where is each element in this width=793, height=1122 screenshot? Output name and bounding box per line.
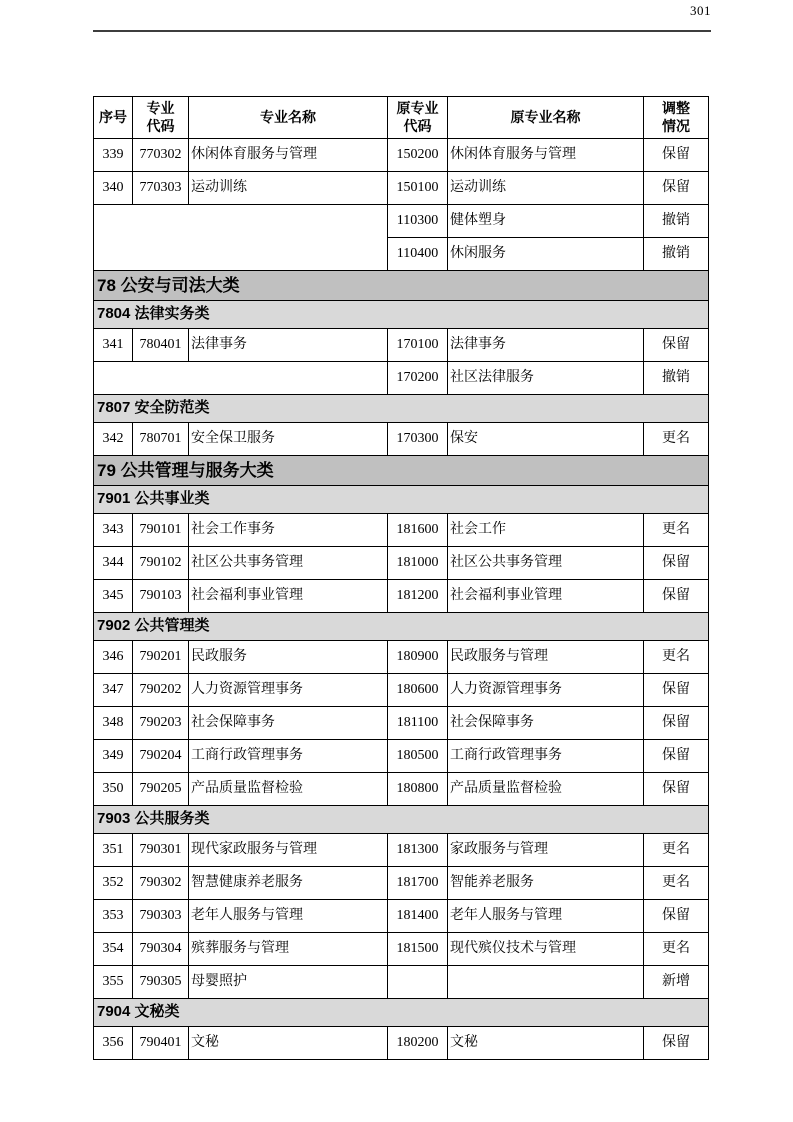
- old-code-cell: 170300: [388, 423, 448, 456]
- name-cell: 社区公共事务管理: [189, 547, 388, 580]
- old-name-cell: 人力资源管理事务: [448, 674, 644, 707]
- table-row: 342 780701 安全保卫服务 170300 保安 更名: [94, 423, 709, 456]
- old-name-cell: 运动训练: [448, 172, 644, 205]
- section-row-7903: 7903 公共服务类: [94, 806, 709, 834]
- old-code-cell: 110400: [388, 238, 448, 271]
- col-header-serial: 序号: [94, 97, 133, 139]
- old-name-cell: 现代殡仪技术与管理: [448, 933, 644, 966]
- old-name-cell: 社会保障事务: [448, 707, 644, 740]
- majors-table: 序号 专业 代码 专业名称 原专业 代码 原专业名称 调整 情况 339 770…: [93, 96, 709, 1060]
- old-name-cell: 文秘: [448, 1027, 644, 1060]
- old-code-cell: 110300: [388, 205, 448, 238]
- code-cell: 790302: [133, 867, 189, 900]
- section-label: 78 公安与司法大类: [94, 271, 709, 301]
- code-cell: 770303: [133, 172, 189, 205]
- serial-cell: 339: [94, 139, 133, 172]
- serial-cell: 356: [94, 1027, 133, 1060]
- name-cell: 产品质量监督检验: [189, 773, 388, 806]
- table-row: 347 790202 人力资源管理事务 180600 人力资源管理事务 保留: [94, 674, 709, 707]
- header-rule: [93, 30, 711, 32]
- serial-cell: 340: [94, 172, 133, 205]
- table-row: 348 790203 社会保障事务 181100 社会保障事务 保留: [94, 707, 709, 740]
- code-cell: 790204: [133, 740, 189, 773]
- table-row: 110300 健体塑身 撤销: [94, 205, 709, 238]
- section-row-78: 78 公安与司法大类: [94, 271, 709, 301]
- code-cell: 780701: [133, 423, 189, 456]
- serial-cell: 354: [94, 933, 133, 966]
- name-cell: 老年人服务与管理: [189, 900, 388, 933]
- section-row-7902: 7902 公共管理类: [94, 613, 709, 641]
- serial-cell: 347: [94, 674, 133, 707]
- table-row: 339 770302 休闲体育服务与管理 150200 休闲体育服务与管理 保留: [94, 139, 709, 172]
- table-row: 355 790305 母婴照护 新增: [94, 966, 709, 999]
- old-code-cell: 170200: [388, 362, 448, 395]
- old-name-cell: 老年人服务与管理: [448, 900, 644, 933]
- code-cell: 790101: [133, 514, 189, 547]
- old-name-cell: 休闲服务: [448, 238, 644, 271]
- section-label: 79 公共管理与服务大类: [94, 456, 709, 486]
- old-name-cell: 社会福利事业管理: [448, 580, 644, 613]
- table-row: 352 790302 智慧健康养老服务 181700 智能养老服务 更名: [94, 867, 709, 900]
- status-cell: 保留: [644, 547, 709, 580]
- name-cell: 休闲体育服务与管理: [189, 139, 388, 172]
- section-row-79: 79 公共管理与服务大类: [94, 456, 709, 486]
- code-cell: 790303: [133, 900, 189, 933]
- code-cell: 780401: [133, 329, 189, 362]
- name-cell: 民政服务: [189, 641, 388, 674]
- serial-cell: 351: [94, 834, 133, 867]
- serial-cell: 345: [94, 580, 133, 613]
- old-code-cell: 170100: [388, 329, 448, 362]
- serial-cell: 352: [94, 867, 133, 900]
- col-header-name: 专业名称: [189, 97, 388, 139]
- code-cell: 770302: [133, 139, 189, 172]
- old-name-cell: 社会工作: [448, 514, 644, 547]
- name-cell: 运动训练: [189, 172, 388, 205]
- old-code-cell: 150200: [388, 139, 448, 172]
- col-header-code: 专业 代码: [133, 97, 189, 139]
- table-row: 344 790102 社区公共事务管理 181000 社区公共事务管理 保留: [94, 547, 709, 580]
- old-code-cell: 180500: [388, 740, 448, 773]
- old-code-cell: 180200: [388, 1027, 448, 1060]
- section-label: 7804 法律实务类: [94, 301, 709, 329]
- name-cell: 社会保障事务: [189, 707, 388, 740]
- old-code-cell: 181100: [388, 707, 448, 740]
- old-code-cell: 150100: [388, 172, 448, 205]
- table-row: 343 790101 社会工作事务 181600 社会工作 更名: [94, 514, 709, 547]
- old-name-cell: 产品质量监督检验: [448, 773, 644, 806]
- serial-cell: 355: [94, 966, 133, 999]
- old-code-cell: 181700: [388, 867, 448, 900]
- name-cell: 母婴照护: [189, 966, 388, 999]
- status-cell: 保留: [644, 707, 709, 740]
- section-row-7807: 7807 安全防范类: [94, 395, 709, 423]
- old-code-cell: [388, 966, 448, 999]
- old-name-cell: 法律事务: [448, 329, 644, 362]
- serial-cell: 344: [94, 547, 133, 580]
- old-code-cell: 181400: [388, 900, 448, 933]
- name-cell: 法律事务: [189, 329, 388, 362]
- table-row: 351 790301 现代家政服务与管理 181300 家政服务与管理 更名: [94, 834, 709, 867]
- old-name-cell: 社区公共事务管理: [448, 547, 644, 580]
- name-cell: 人力资源管理事务: [189, 674, 388, 707]
- document-page: 301 序号 专业 代码 专业名称 原专业 代码 原专业名称 调整 情况 339…: [0, 0, 793, 1122]
- old-code-cell: 181500: [388, 933, 448, 966]
- serial-cell: 343: [94, 514, 133, 547]
- status-cell: 撤销: [644, 238, 709, 271]
- merged-empty-cell: [94, 362, 388, 395]
- table-row: 345 790103 社会福利事业管理 181200 社会福利事业管理 保留: [94, 580, 709, 613]
- status-cell: 更名: [644, 641, 709, 674]
- old-code-cell: 181200: [388, 580, 448, 613]
- table-row: 350 790205 产品质量监督检验 180800 产品质量监督检验 保留: [94, 773, 709, 806]
- code-cell: 790202: [133, 674, 189, 707]
- table-row: 170200 社区法律服务 撤销: [94, 362, 709, 395]
- name-cell: 工商行政管理事务: [189, 740, 388, 773]
- serial-cell: 342: [94, 423, 133, 456]
- status-cell: 新增: [644, 966, 709, 999]
- table-row: 346 790201 民政服务 180900 民政服务与管理 更名: [94, 641, 709, 674]
- old-code-cell: 181300: [388, 834, 448, 867]
- status-cell: 更名: [644, 423, 709, 456]
- col-header-old-name: 原专业名称: [448, 97, 644, 139]
- serial-cell: 353: [94, 900, 133, 933]
- old-code-cell: 181600: [388, 514, 448, 547]
- old-name-cell: 保安: [448, 423, 644, 456]
- status-cell: 更名: [644, 867, 709, 900]
- status-cell: 更名: [644, 834, 709, 867]
- table-row: 341 780401 法律事务 170100 法律事务 保留: [94, 329, 709, 362]
- code-cell: 790103: [133, 580, 189, 613]
- code-cell: 790304: [133, 933, 189, 966]
- serial-cell: 346: [94, 641, 133, 674]
- old-name-cell: 智能养老服务: [448, 867, 644, 900]
- old-name-cell: 休闲体育服务与管理: [448, 139, 644, 172]
- status-cell: 更名: [644, 514, 709, 547]
- section-label: 7903 公共服务类: [94, 806, 709, 834]
- old-name-cell: 社区法律服务: [448, 362, 644, 395]
- serial-cell: 349: [94, 740, 133, 773]
- code-cell: 790203: [133, 707, 189, 740]
- table-row: 349 790204 工商行政管理事务 180500 工商行政管理事务 保留: [94, 740, 709, 773]
- section-label: 7807 安全防范类: [94, 395, 709, 423]
- table-header-row: 序号 专业 代码 专业名称 原专业 代码 原专业名称 调整 情况: [94, 97, 709, 139]
- old-name-cell: 工商行政管理事务: [448, 740, 644, 773]
- old-name-cell: 健体塑身: [448, 205, 644, 238]
- code-cell: 790301: [133, 834, 189, 867]
- section-label: 7902 公共管理类: [94, 613, 709, 641]
- section-row-7804: 7804 法律实务类: [94, 301, 709, 329]
- old-name-cell: 民政服务与管理: [448, 641, 644, 674]
- table-row: 340 770303 运动训练 150100 运动训练 保留: [94, 172, 709, 205]
- status-cell: 更名: [644, 933, 709, 966]
- table-row: 354 790304 殡葬服务与管理 181500 现代殡仪技术与管理 更名: [94, 933, 709, 966]
- old-code-cell: 180800: [388, 773, 448, 806]
- page-number: 301: [690, 3, 711, 19]
- section-row-7904: 7904 文秘类: [94, 999, 709, 1027]
- status-cell: 保留: [644, 1027, 709, 1060]
- merged-empty-cell: [94, 205, 388, 271]
- old-code-cell: 180600: [388, 674, 448, 707]
- name-cell: 社会福利事业管理: [189, 580, 388, 613]
- col-header-old-code: 原专业 代码: [388, 97, 448, 139]
- status-cell: 保留: [644, 172, 709, 205]
- code-cell: 790401: [133, 1027, 189, 1060]
- table-row: 356 790401 文秘 180200 文秘 保留: [94, 1027, 709, 1060]
- status-cell: 保留: [644, 139, 709, 172]
- status-cell: 保留: [644, 900, 709, 933]
- status-cell: 撤销: [644, 205, 709, 238]
- code-cell: 790201: [133, 641, 189, 674]
- section-label: 7901 公共事业类: [94, 486, 709, 514]
- name-cell: 社会工作事务: [189, 514, 388, 547]
- serial-cell: 348: [94, 707, 133, 740]
- code-cell: 790102: [133, 547, 189, 580]
- name-cell: 安全保卫服务: [189, 423, 388, 456]
- section-label: 7904 文秘类: [94, 999, 709, 1027]
- name-cell: 现代家政服务与管理: [189, 834, 388, 867]
- name-cell: 殡葬服务与管理: [189, 933, 388, 966]
- serial-cell: 350: [94, 773, 133, 806]
- old-code-cell: 181000: [388, 547, 448, 580]
- old-code-cell: 180900: [388, 641, 448, 674]
- serial-cell: 341: [94, 329, 133, 362]
- section-row-7901: 7901 公共事业类: [94, 486, 709, 514]
- status-cell: 保留: [644, 580, 709, 613]
- name-cell: 智慧健康养老服务: [189, 867, 388, 900]
- status-cell: 保留: [644, 773, 709, 806]
- status-cell: 撤销: [644, 362, 709, 395]
- name-cell: 文秘: [189, 1027, 388, 1060]
- status-cell: 保留: [644, 674, 709, 707]
- status-cell: 保留: [644, 329, 709, 362]
- old-name-cell: [448, 966, 644, 999]
- code-cell: 790205: [133, 773, 189, 806]
- col-header-status: 调整 情况: [644, 97, 709, 139]
- table-row: 353 790303 老年人服务与管理 181400 老年人服务与管理 保留: [94, 900, 709, 933]
- code-cell: 790305: [133, 966, 189, 999]
- status-cell: 保留: [644, 740, 709, 773]
- old-name-cell: 家政服务与管理: [448, 834, 644, 867]
